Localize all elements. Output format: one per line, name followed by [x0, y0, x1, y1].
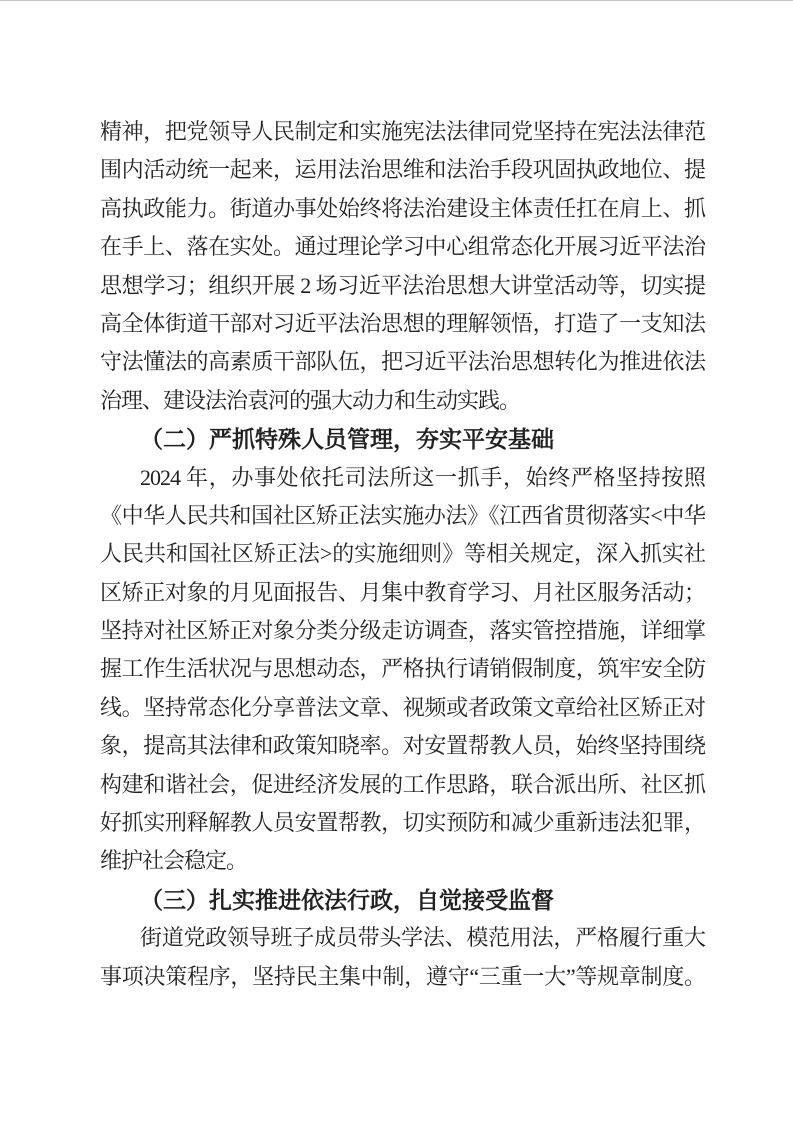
document-body: 精神，把党领导人民制定和实施宪法法律同党坚持在宪法法律范 围内活动统一起来，运用… — [100, 113, 705, 996]
body-line-paragraph-end: 维护社会稳定。 — [100, 842, 705, 880]
body-line: 线。坚持常态化分享普法文章、视频或者政策文章给社区矫正对 — [100, 689, 705, 727]
body-line: 精神，把党领导人民制定和实施宪法法律同党坚持在宪法法律范 — [100, 113, 705, 151]
body-line-paragraph-start: 街道党政领导班子成员带头学法、模范用法，严格履行重大 — [100, 919, 705, 957]
section-heading-3: （三）扎实推进依法行政，自觉接受监督 — [100, 881, 705, 919]
body-line: 高全体街道干部对习近平法治思想的理解领悟，打造了一支知法 — [100, 305, 705, 343]
body-line: 思想学习；组织开展 2 场习近平法治思想大讲堂活动等，切实提 — [100, 267, 705, 305]
body-line: 区矫正对象的月见面报告、月集中教育学习、月社区服务活动； — [100, 574, 705, 612]
body-line: 围内活动统一起来，运用法治思维和法治手段巩固执政地位、提 — [100, 151, 705, 189]
document-page: 精神，把党领导人民制定和实施宪法法律同党坚持在宪法法律范 围内活动统一起来，运用… — [0, 0, 793, 1122]
body-line-paragraph-start: 2024 年，办事处依托司法所这一抓手，始终严格坚持按照 — [100, 459, 705, 497]
section-heading-2: （二）严抓特殊人员管理，夯实平安基础 — [100, 420, 705, 458]
page-top-edge-line — [0, 0, 793, 1]
body-line: 守法懂法的高素质干部队伍，把习近平法治思想转化为推进依法 — [100, 343, 705, 381]
body-line: 握工作生活状况与思想动态，严格执行请销假制度，筑牢安全防 — [100, 650, 705, 688]
body-line: 《中华人民共和国社区矫正法实施办法》《江西省贯彻落实<中华 — [100, 497, 705, 535]
body-line: 人民共和国社区矫正法>的实施细则》等相关规定，深入抓实社 — [100, 535, 705, 573]
body-line: 事项决策程序，坚持民主集中制，遵守“三重一大”等规章制度。 — [100, 958, 705, 996]
body-line: 高执政能力。街道办事处始终将法治建设主体责任扛在肩上、抓 — [100, 190, 705, 228]
body-line-paragraph-end: 治理、建设法治袁河的强大动力和生动实践。 — [100, 382, 705, 420]
body-line: 构建和谐社会，促进经济发展的工作思路，联合派出所、社区抓 — [100, 766, 705, 804]
body-line: 好抓实刑释解教人员安置帮教，切实预防和减少重新违法犯罪， — [100, 804, 705, 842]
body-line: 坚持对社区矫正对象分类分级走访调查，落实管控措施，详细掌 — [100, 612, 705, 650]
body-line: 在手上、落在实处。通过理论学习中心组常态化开展习近平法治 — [100, 228, 705, 266]
body-line: 象，提高其法律和政策知晓率。对安置帮教人员，始终坚持围绕 — [100, 727, 705, 765]
